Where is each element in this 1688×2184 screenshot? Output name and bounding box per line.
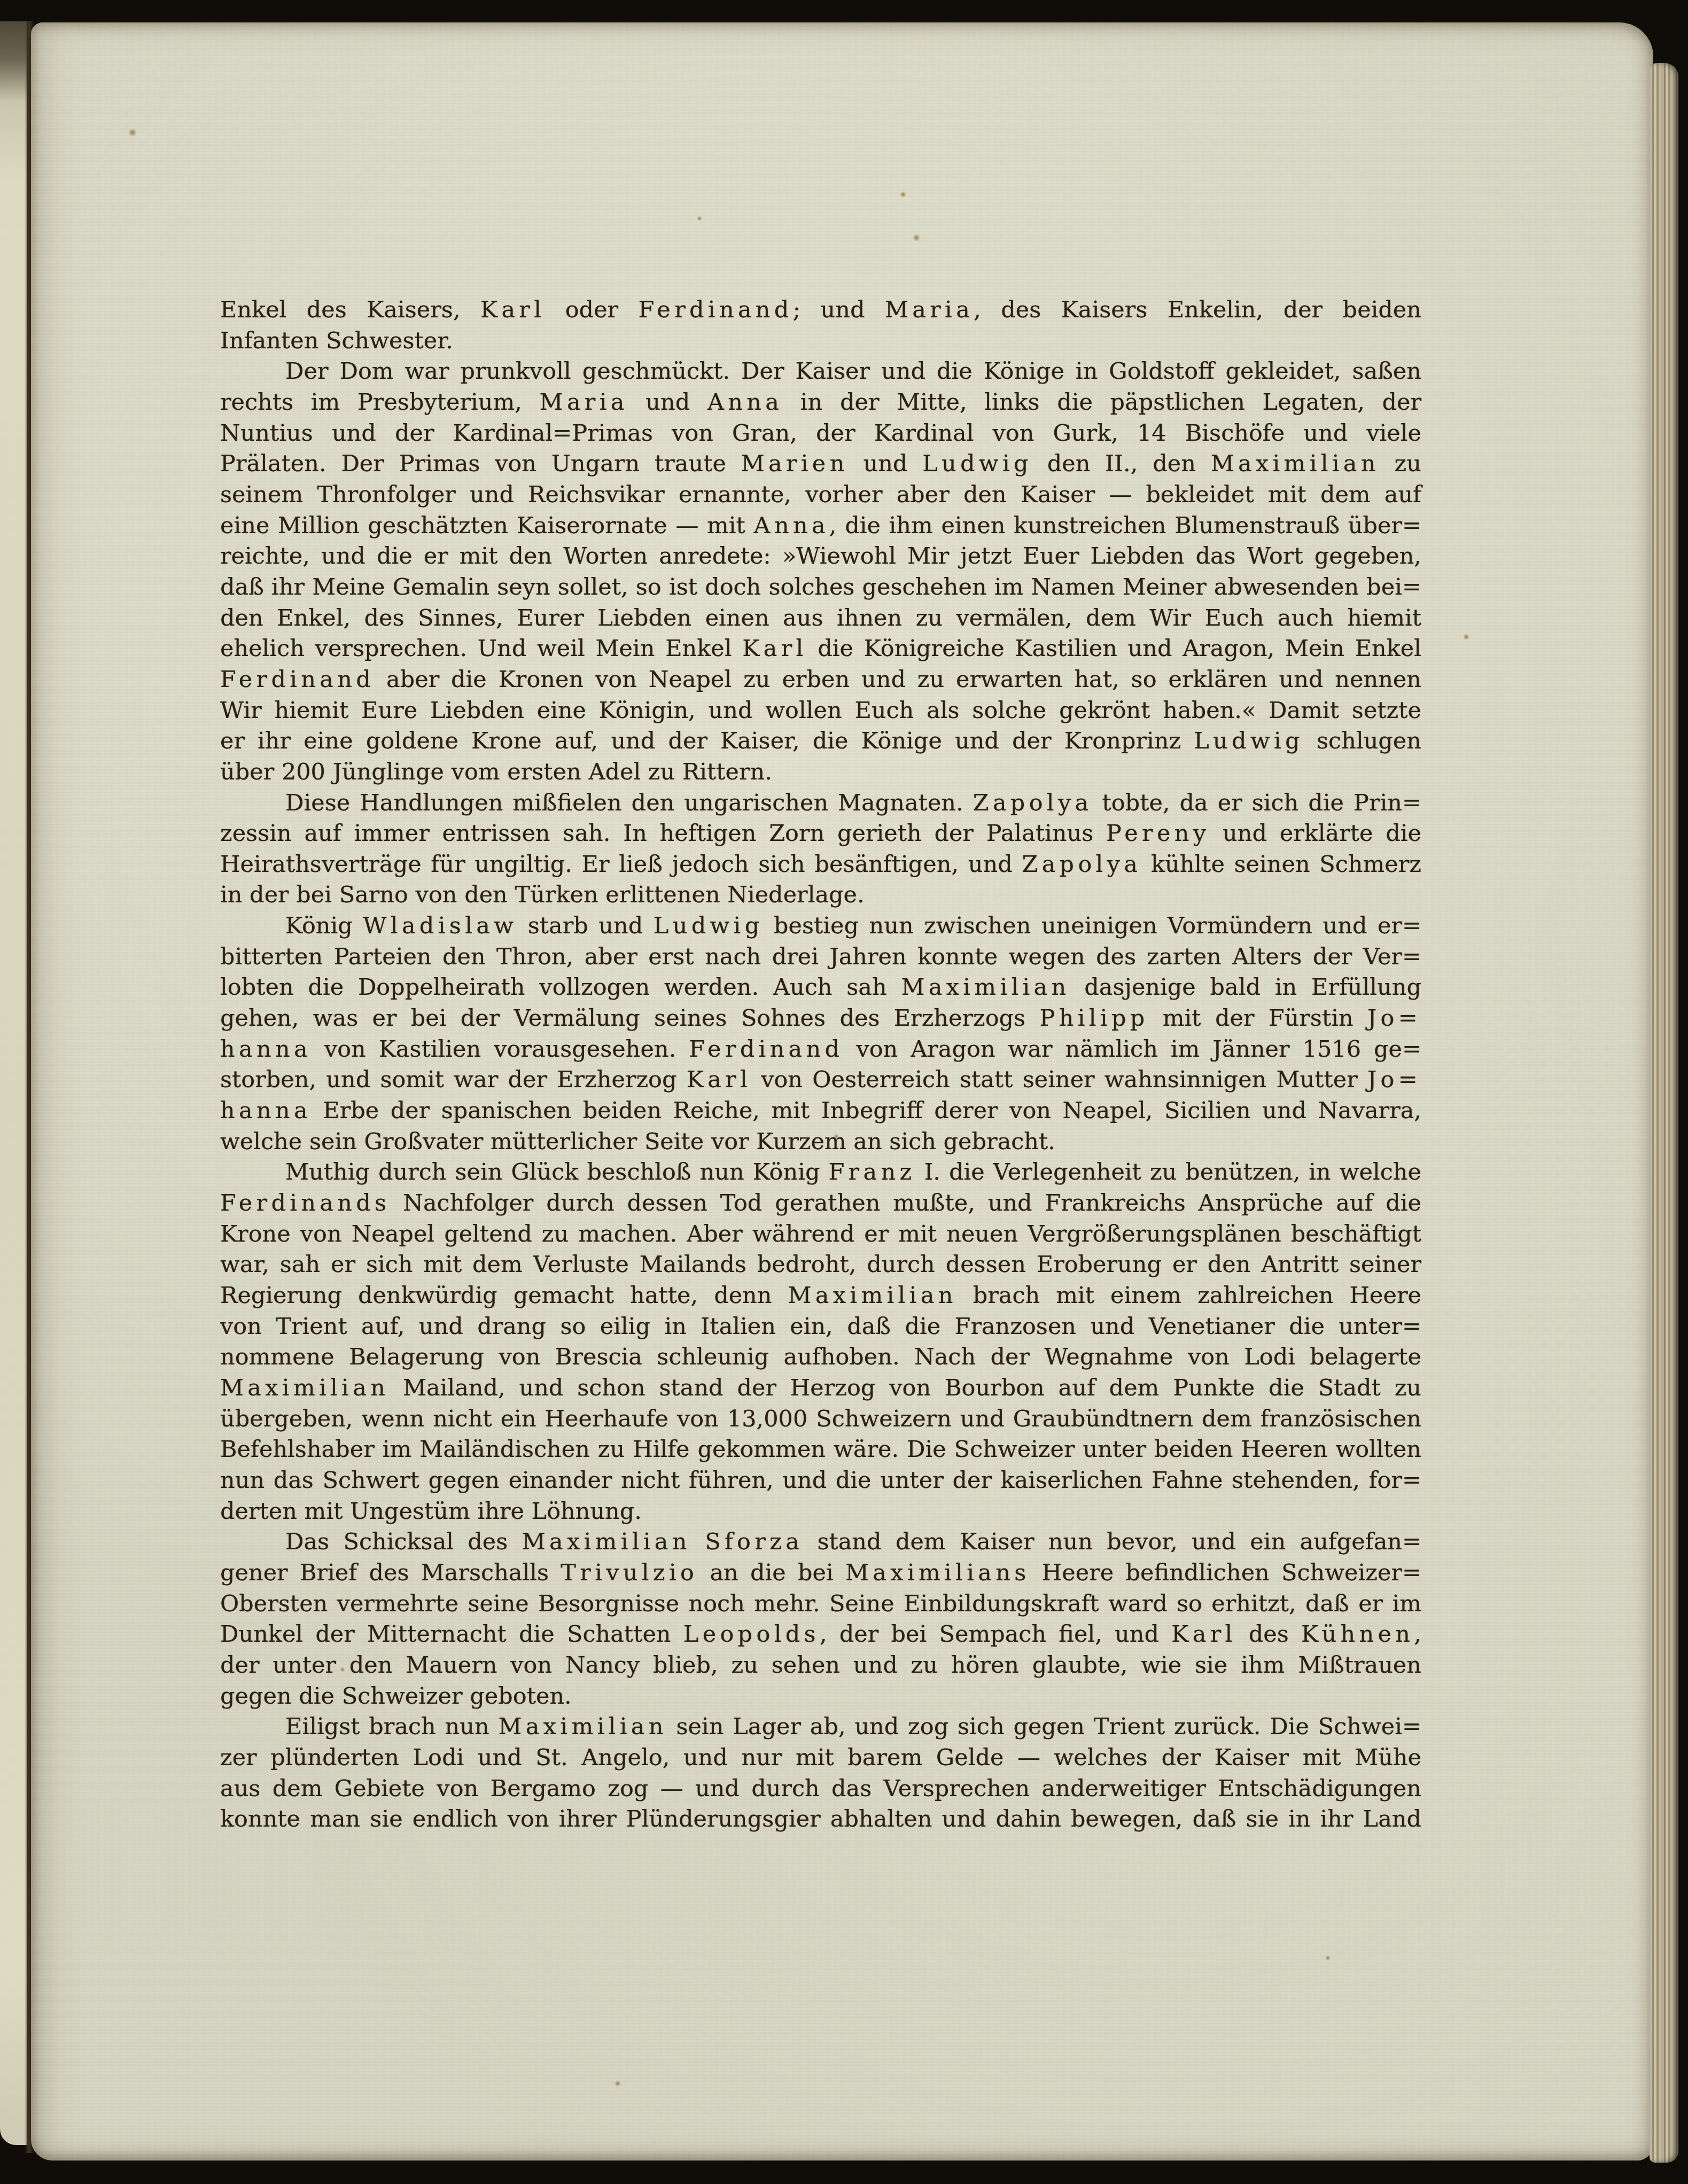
letterspaced-name: Franz [828,1159,915,1185]
letterspaced-name: Ludwig [1194,728,1304,754]
letterspaced-name: Anna [754,512,829,539]
text-line: daß ihr Meine Gemalin seyn sollet, so is… [220,572,1421,603]
letterspaced-name: Maximilian [220,1375,389,1401]
text-line: hanna Erbe der spanischen beiden Reiche,… [220,1096,1421,1127]
letterspaced-name: hanna [220,1036,312,1063]
foxing-spot [900,191,906,198]
text-line: konnte man sie endlich von ihrer Plünder… [220,1804,1421,1835]
foxing-spot [1325,1955,1331,1961]
text-line: lobten die Doppelheirath vollzogen werde… [220,972,1421,1003]
text-line: Infanten Schwester. [220,326,1421,357]
text-line: den Enkel, des Sinnes, Eurer Liebden ein… [220,603,1421,634]
text-line: Befehlshaber im Mailändischen zu Hilfe g… [220,1434,1421,1465]
letterspaced-name: Maximilian [901,974,1070,1001]
page-edge-stack-right [1650,63,1678,2163]
letterspaced-name: Maximilian [1211,450,1380,477]
text-line: Wir hiemit Eure Liebden eine Königin, un… [220,696,1421,727]
text-line: seinem Thronfolger und Reichsvikar ernan… [220,480,1421,511]
text-line: Heirathsverträge für ungiltig. Er ließ j… [220,849,1421,880]
text-line: gehen, was er bei der Vermälung seines S… [220,1003,1421,1034]
foxing-spot [913,234,920,241]
foxing-spot [1463,634,1469,640]
letterspaced-name: Jo= [1367,1066,1421,1093]
letterspaced-name: Jo= [1367,1005,1421,1032]
letterspaced-name: Maximilians [845,1559,1030,1586]
text-line: König Wladislaw starb und Ludwig bestieg… [220,911,1421,942]
text-line: übergeben, wenn nicht ein Heerhaufe von … [220,1404,1421,1435]
foxing-spot [128,128,137,137]
text-line: reichte, und die er mit den Worten anred… [220,541,1421,572]
letterspaced-name: Kühnen [1301,1621,1414,1648]
text-line: Ferdinands Nachfolger durch dessen Tod g… [220,1188,1421,1219]
text-line: Eiligst brach nun Maximilian sein Lager … [220,1712,1421,1743]
foxing-spot [697,216,702,221]
letterspaced-name: Leopolds [683,1621,820,1648]
letterspaced-name: Maria [540,389,628,416]
letterspaced-name: Trivulzio [561,1559,698,1586]
text-line: Maximilian Mailand, und schon stand der … [220,1373,1421,1404]
text-line: zer plünderten Lodi und St. Angelo, und … [220,1743,1421,1774]
text-line: zessin auf immer entrissen sah. In hefti… [220,818,1421,849]
text-line: Regierung denkwürdig gemacht hatte, denn… [220,1281,1421,1312]
letterspaced-name: Marien [741,450,849,477]
letterspaced-name: Karl [687,1066,751,1093]
letterspaced-name: Ludwig [922,450,1032,477]
text-line: Ferdinand aber die Kronen von Neapel zu … [220,665,1421,696]
text-line: Prälaten. Der Primas von Ungarn traute M… [220,449,1421,480]
text-line: war, sah er sich mit dem Verluste Mailan… [220,1250,1421,1281]
text-line: Nuntius und der Kardinal=Primas von Gran… [220,418,1421,449]
letterspaced-name: Wladislaw [363,912,517,939]
letterspaced-name: Zapolya [1022,851,1141,878]
letterspaced-name: Maximilian [499,1713,667,1740]
text-line: nommene Belagerung von Brescia schleunig… [220,1342,1421,1373]
text-line: eine Million geschätzten Kaiserornate — … [220,511,1421,542]
letterspaced-name: Zapolya [973,790,1093,816]
text-line: hanna von Kastilien vorausgesehen. Ferdi… [220,1034,1421,1065]
letterspaced-name: Ferdinands [220,1190,390,1216]
letterspaced-name: Maria [885,297,974,323]
text-line: aus dem Gebiete von Bergamo zog — und du… [220,1774,1421,1805]
letterspaced-name: Philipp [1039,1005,1148,1032]
letterspaced-name: Karl [742,635,807,662]
letterspaced-name: Anna [707,389,783,416]
text-line: gegen die Schweizer geboten. [220,1681,1421,1712]
text-line: von Trient auf, und drang so eilig in It… [220,1312,1421,1343]
text-line: welche sein Großvater mütterlicher Seite… [220,1127,1421,1158]
text-line: rechts im Presbyterium, Maria und Anna i… [220,387,1421,418]
text-line: derten mit Ungestüm ihre Löhnung. [220,1496,1421,1527]
text-line: Muthig durch sein Glück beschloß nun Kön… [220,1157,1421,1188]
letterspaced-name: Pereny [1106,820,1210,847]
text-line: Das Schicksal des Maximilian Sforza stan… [220,1527,1421,1558]
text-line: Diese Handlungen mißfielen den ungarisch… [220,788,1421,819]
text-line: Obersten vermehrte seine Besorgnisse noc… [220,1589,1421,1620]
book-scan: Enkel des Kaisers, Karl oder Ferdinand; … [0,0,1688,2184]
letterspaced-name: Sforza [705,1528,803,1555]
letterspaced-name: hanna [220,1097,312,1124]
text-line: nun das Schwert gegen einander nicht füh… [220,1465,1421,1496]
foxing-spot [614,2080,621,2087]
text-line: der unter den Mauern von Nancy blieb, zu… [220,1650,1421,1681]
text-line: Krone von Neapel geltend zu machen. Aber… [220,1219,1421,1250]
text-line: Enkel des Kaisers, Karl oder Ferdinand; … [220,295,1421,326]
text-line: er ihr eine goldene Krone auf, und der K… [220,726,1421,757]
text-line: gener Brief des Marschalls Trivulzio an … [220,1558,1421,1589]
text-line: über 200 Jünglinge vom ersten Adel zu Ri… [220,757,1421,788]
text-line: Der Dom war prunkvoll geschmückt. Der Ka… [220,356,1421,387]
letterspaced-name: Maximilian [522,1528,691,1555]
letterspaced-name: Ferdinand [689,1036,843,1063]
letterspaced-name: Maximilian [788,1282,957,1309]
text-line: Dunkel der Mitternacht die Schatten Leop… [220,1619,1421,1650]
text-line: in der bei Sarno von den Türken erlitten… [220,880,1421,911]
text-line: bitterten Parteien den Thron, aber erst … [220,942,1421,973]
text-block: Enkel des Kaisers, Karl oder Ferdinand; … [220,295,1421,1835]
facing-page-edge-strip [0,21,27,2145]
text-line: storben, und somit war der Erzherzog Kar… [220,1065,1421,1096]
letterspaced-name: Ludwig [654,912,764,939]
letterspaced-name: Ferdinand [639,297,793,323]
letterspaced-name: Karl [1171,1621,1236,1648]
text-line: ehelich versprechen. Und weil Mein Enkel… [220,634,1421,665]
letterspaced-name: Karl [480,297,545,323]
letterspaced-name: Ferdinand [220,666,375,693]
